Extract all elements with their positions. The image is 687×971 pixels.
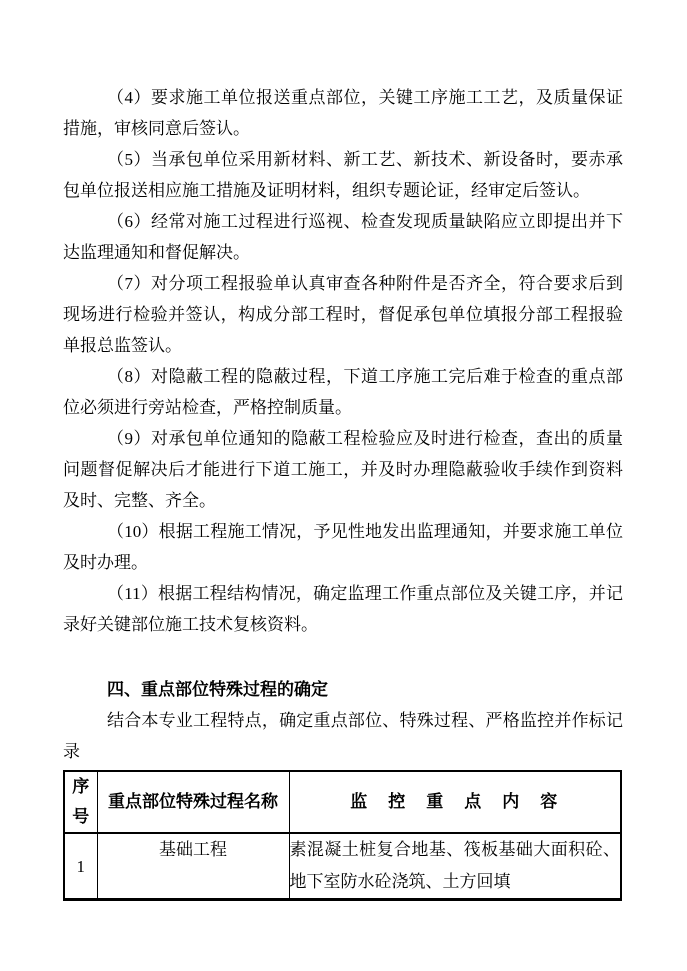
section-intro: 结合本专业工程特点，确定重点部位、特殊过程、严格监控并作标记录 <box>63 705 623 767</box>
table-row: 1 基础工程 素混凝土桩复合地基、筏板基础大面积砼、地下室防水砼浇筑、土方回填 <box>64 833 621 900</box>
table-header-name: 重点部位特殊过程名称 <box>97 771 289 833</box>
table-header-row: 序号 重点部位特殊过程名称 监 控 重 点 内 容 <box>64 771 621 833</box>
paragraph-9: （9）对承包单位通知的隐蔽工程检验应及时进行检查，查出的质量问题督促解决后才能进… <box>63 423 623 516</box>
cell-no: 1 <box>64 833 97 900</box>
paragraph-6: （6）经常对施工过程进行巡视、检查发现质量缺陷应立即提出并下达监理通知和督促解决… <box>63 206 623 268</box>
paragraph-5: （5）当承包单位采用新材料、新工艺、新技术、新设备时，要赤承包单位报送相应施工措… <box>63 144 623 206</box>
paragraph-10: （10）根据工程施工情况，予见性地发出监理通知，并要求施工单位及时办理。 <box>63 516 623 578</box>
paragraph-8: （8）对隐蔽工程的隐蔽过程，下道工序施工完后难于检查的重点部位必须进行旁站检查，… <box>63 361 623 423</box>
cell-name: 基础工程 <box>97 833 289 900</box>
cell-content: 素混凝土桩复合地基、筏板基础大面积砼、地下室防水砼浇筑、土方回填 <box>289 833 621 900</box>
table-header-no: 序号 <box>64 771 97 833</box>
document-body: （4）要求施工单位报送重点部位，关键工序施工工艺，及质量保证措施，审核同意后签认… <box>63 82 623 901</box>
paragraph-7: （7）对分项工程报验单认真审查各种附件是否齐全，符合要求后到现场进行检验并签认，… <box>63 268 623 361</box>
table-header-content: 监 控 重 点 内 容 <box>289 771 621 833</box>
key-parts-table: 序号 重点部位特殊过程名称 监 控 重 点 内 容 1 基础工程 素混凝土桩复合… <box>63 770 622 901</box>
document-page: （4）要求施工单位报送重点部位，关键工序施工工艺，及质量保证措施，审核同意后签认… <box>0 0 687 971</box>
paragraph-11: （11）根据工程结构情况，确定监理工作重点部位及关键工序，并记录好关键部位施工技… <box>63 578 623 640</box>
paragraph-4: （4）要求施工单位报送重点部位，关键工序施工工艺，及质量保证措施，审核同意后签认… <box>63 82 623 144</box>
section-heading: 四、重点部位特殊过程的确定 <box>63 674 623 705</box>
